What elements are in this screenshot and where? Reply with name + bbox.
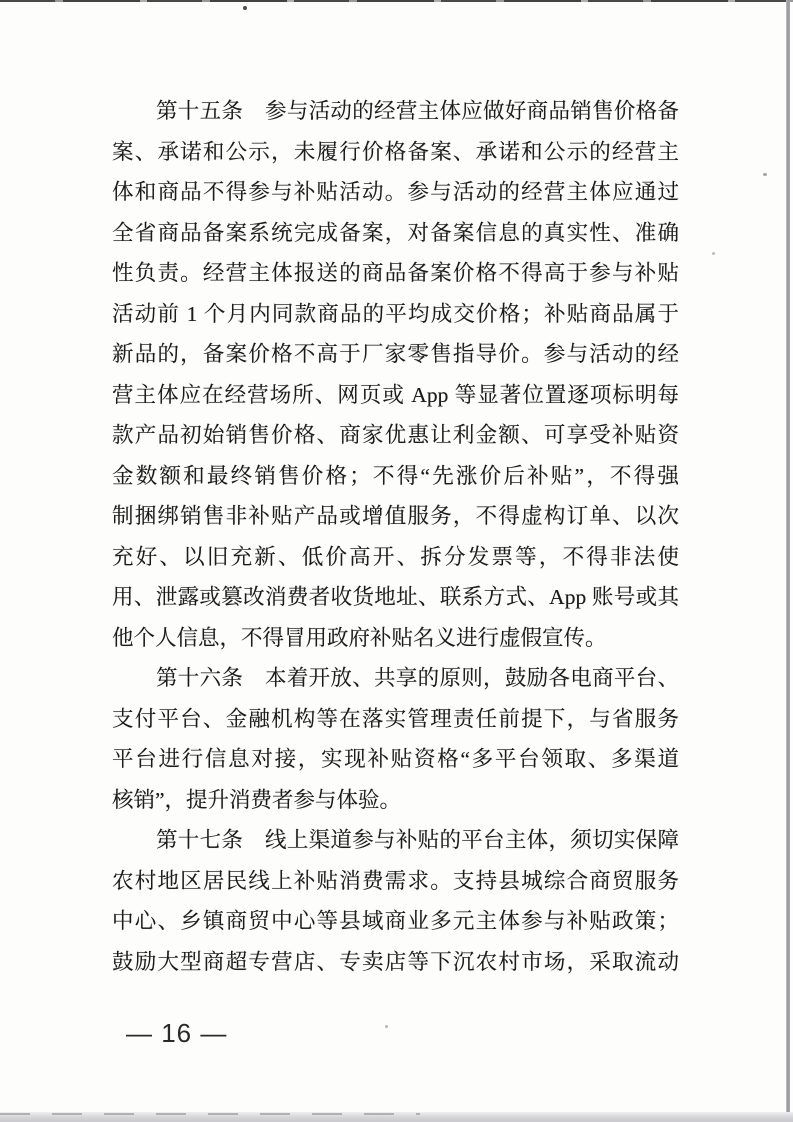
text-line: 中心、乡镇商贸中心等县域商业多元主体参与补贴政策； bbox=[112, 901, 679, 942]
text-line: 金数额和最终销售价格；不得“先涨价后补贴”，不得强 bbox=[112, 456, 679, 497]
text-line: 他个人信息，不得冒用政府补贴名义进行虚假宣传。 bbox=[112, 618, 679, 659]
text-line: 充好、以旧充新、低价高开、拆分发票等，不得非法使 bbox=[112, 537, 679, 578]
text-block: 第十五条 参与活动的经营主体应做好商品销售价格备案、承诺和公示，未履行价格备案、… bbox=[112, 91, 679, 982]
text-line: 营主体应在经营场所、网页或 App 等显著位置逐项标明每 bbox=[112, 375, 679, 416]
text-line: 制捆绑销售非补贴产品或增值服务，不得虚构订单、以次 bbox=[112, 496, 679, 537]
text-line: 新品的，备案价格不高于厂家零售指导价。参与活动的经 bbox=[112, 334, 679, 375]
text-line: 性负责。经营主体报送的商品备案价格不得高于参与补贴 bbox=[112, 253, 679, 294]
text-line: 支付平台、金融机构等在落实管理责任前提下，与省服务 bbox=[112, 699, 679, 740]
text-line: 平台进行信息对接，实现补贴资格“多平台领取、多渠道 bbox=[112, 739, 679, 780]
text-line: 全省商品备案系统完成备案，对备案信息的真实性、准确 bbox=[112, 213, 679, 254]
text-line: 第十六条 本着开放、共享的原则，鼓励各电商平台、 bbox=[112, 658, 679, 699]
scan-speck bbox=[712, 252, 715, 255]
text-line: 案、承诺和公示，未履行价格备案、承诺和公示的经营主 bbox=[112, 132, 679, 173]
text-line: 第十七条 线上渠道参与补贴的平台主体，须切实保障 bbox=[112, 820, 679, 861]
page-number: — 16 — bbox=[126, 1020, 227, 1046]
text-line: 活动前 1 个月内同款商品的平均成交价格；补贴商品属于 bbox=[112, 294, 679, 335]
text-line: 鼓励大型商超专营店、专卖店等下沉农村市场，采取流动 bbox=[112, 942, 679, 983]
scan-edge-top bbox=[0, 0, 793, 2]
scan-speck bbox=[243, 6, 247, 10]
text-line: 第十五条 参与活动的经营主体应做好商品销售价格备 bbox=[112, 91, 679, 132]
scan-edge-right bbox=[786, 0, 790, 1122]
scan-edge-bottom bbox=[0, 1112, 793, 1122]
scan-speck bbox=[385, 1025, 388, 1028]
paragraph-article-16: 第十六条 本着开放、共享的原则，鼓励各电商平台、支付平台、金融机构等在落实管理责… bbox=[112, 658, 679, 820]
text-line: 款产品初始销售价格、商家优惠让利金额、可享受补贴资 bbox=[112, 415, 679, 456]
text-line: 核销”，提升消费者参与体验。 bbox=[112, 780, 679, 821]
text-line: 用、泄露或篡改消费者收货地址、联系方式、App 账号或其 bbox=[112, 577, 679, 618]
text-line: 农村地区居民线上补贴消费需求。支持县城综合商贸服务 bbox=[112, 861, 679, 902]
paragraph-article-15: 第十五条 参与活动的经营主体应做好商品销售价格备案、承诺和公示，未履行价格备案、… bbox=[112, 91, 679, 658]
scan-speck bbox=[763, 173, 767, 176]
paragraph-article-17: 第十七条 线上渠道参与补贴的平台主体，须切实保障农村地区居民线上补贴消费需求。支… bbox=[112, 820, 679, 982]
text-line: 体和商品不得参与补贴活动。参与活动的经营主体应通过 bbox=[112, 172, 679, 213]
scanned-document-page: 第十五条 参与活动的经营主体应做好商品销售价格备案、承诺和公示，未履行价格备案、… bbox=[0, 0, 793, 1122]
